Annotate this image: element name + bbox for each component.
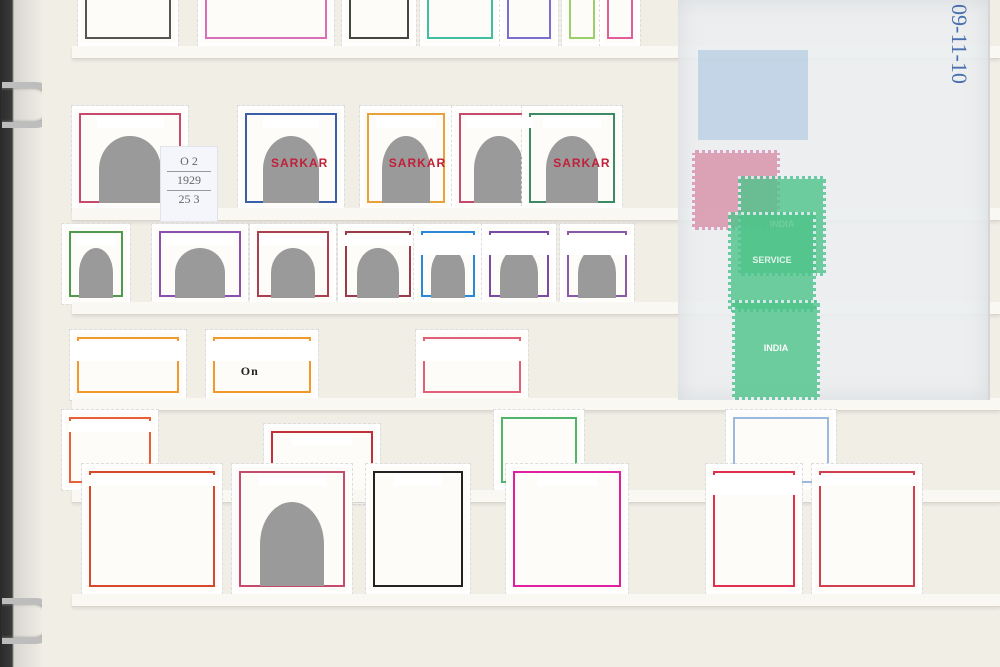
stamp[interactable]: SAURASHTRA xyxy=(232,464,352,594)
stamp-frame xyxy=(819,471,915,587)
stamp-frame xyxy=(349,0,409,39)
stamp-frame xyxy=(373,471,463,587)
stamp-inscription: SECOURS GUERCHE xyxy=(709,475,799,495)
stamp[interactable]: BIHAR STATE POSTAGE xyxy=(416,330,528,400)
stamp[interactable] xyxy=(78,0,178,46)
portrait-vignette xyxy=(357,248,398,298)
handwritten-slip: O 2 1929 25 3 xyxy=(160,146,218,222)
stamp[interactable]: SECOURS GUERCHE xyxy=(812,464,922,594)
stamp[interactable]: INDOOR STATE POSTAGE xyxy=(70,330,186,400)
stamp[interactable]: POSTAGE xyxy=(366,464,470,594)
portrait-vignette xyxy=(474,136,523,203)
stamp-frame xyxy=(507,0,551,39)
stamp[interactable]: THREE PIESSARKAR xyxy=(522,106,622,210)
portrait-vignette xyxy=(79,248,114,298)
stamp-inscription: STATE POST xyxy=(292,435,352,446)
stamp[interactable] xyxy=(198,0,334,46)
portrait-vignette xyxy=(500,248,538,298)
slip-line-3: 25 3 xyxy=(167,190,211,207)
stamp-inscription: BIHAR STATE POSTAGE xyxy=(419,341,525,361)
stamp[interactable] xyxy=(600,0,640,46)
slip-line-2: 1929 xyxy=(167,171,211,188)
stamp-frame xyxy=(85,0,171,39)
stamp-inscription: JAIPUR STATE xyxy=(344,235,413,246)
stamp-inscription: SAURASHTRA xyxy=(466,117,533,128)
stamp-inscription: HALF ANNA xyxy=(263,117,320,128)
stamp-overprint: On xyxy=(241,364,259,379)
stamp[interactable]: JAIPUR STATE xyxy=(152,224,248,304)
album-binder-spine xyxy=(0,0,42,667)
stamp[interactable]: INDOOR STATE POSTAGEOn xyxy=(206,330,318,400)
stamp[interactable]: NAWAB SHAHJAHAN BEGAM xyxy=(82,464,222,594)
stamp-frame xyxy=(513,471,621,587)
stamp[interactable]: HALF ANNASARKAR xyxy=(238,106,344,210)
slip-line-1: O 2 xyxy=(161,153,217,169)
stamp-inscription: SAURASHTRA xyxy=(97,117,164,128)
stamp-inscription: THREE PIES xyxy=(543,117,602,128)
portrait-vignette xyxy=(578,248,616,298)
stamp[interactable]: SECOURS GUERCHE xyxy=(706,464,802,594)
stamp-inscription: JAIPUR STATE xyxy=(485,235,553,255)
stamp[interactable] xyxy=(342,0,416,46)
stamp[interactable] xyxy=(562,0,602,46)
stamp-frame xyxy=(205,0,327,39)
portrait-vignette xyxy=(99,136,161,203)
stamp[interactable] xyxy=(420,0,500,46)
stamp-inscription: TWO ANNAS xyxy=(376,117,436,128)
portrait-vignette xyxy=(271,248,316,298)
album-strip xyxy=(72,594,1000,607)
green-service-stamp: SERVICE xyxy=(728,212,816,312)
stamp[interactable]: JAIPUR STATE xyxy=(560,224,634,304)
stamp-inscription: SAURASHTRA xyxy=(259,475,326,486)
stamp-frame xyxy=(607,0,633,39)
stamp-inscription: JAIPUR STATE xyxy=(166,235,235,246)
stamp[interactable]: JAIPUR STATE xyxy=(338,224,418,304)
stamp-inscription: NAWAB SHAHJAHAN BEGAM xyxy=(87,475,218,486)
stamp-inscription: JAIPUR STATE xyxy=(563,235,631,255)
stamp-overprint: SARKAR xyxy=(389,156,446,170)
stamp-overprint: SARKAR xyxy=(271,156,328,170)
handwritten-date: 09-11-10 xyxy=(932,4,972,114)
stamp[interactable] xyxy=(500,0,558,46)
stamp-frame xyxy=(89,471,215,587)
portrait-vignette xyxy=(431,248,466,298)
stamp[interactable]: JAIPUR STATE xyxy=(482,224,556,304)
stamp-inscription: JAIPUR STATE xyxy=(259,235,328,246)
stamp[interactable]: JAIPUR STATE xyxy=(250,224,336,304)
stamp-inscription: INDOOR STATE POSTAGE xyxy=(73,341,183,361)
stamp-inscription: TWO ANNAS xyxy=(537,475,597,486)
green-service-stamp: INDIA xyxy=(732,300,820,400)
stamp-inscription: POSTAGE xyxy=(394,475,442,486)
stamp-inscription: JAIPUR STATE xyxy=(417,235,479,255)
stamp-frame xyxy=(569,0,595,39)
stamp-frame xyxy=(427,0,493,39)
stamp-inscription: INDOOR STATE POSTAGE xyxy=(209,341,315,361)
stamp-inscription: JAIPUR xyxy=(77,235,115,246)
stamp[interactable]: JAIPUR xyxy=(62,224,130,304)
faded-blue-stamp xyxy=(698,50,808,140)
stamp-inscription: ORCHA POSTAGE xyxy=(69,421,151,432)
portrait-vignette xyxy=(260,502,324,586)
album-page: SAURASHTRAHALF ANNASARKARTWO ANNASSARKAR… xyxy=(42,0,1000,667)
stamp[interactable]: JAIPUR STATE xyxy=(414,224,482,304)
stamp[interactable]: TWO ANNAS xyxy=(506,464,628,594)
stamp-inscription: SECOURS GUERCHE xyxy=(819,475,914,486)
portrait-vignette xyxy=(175,248,225,298)
stamp-overprint: SARKAR xyxy=(553,156,610,170)
stamp[interactable]: TWO ANNASSARKAR xyxy=(360,106,452,210)
